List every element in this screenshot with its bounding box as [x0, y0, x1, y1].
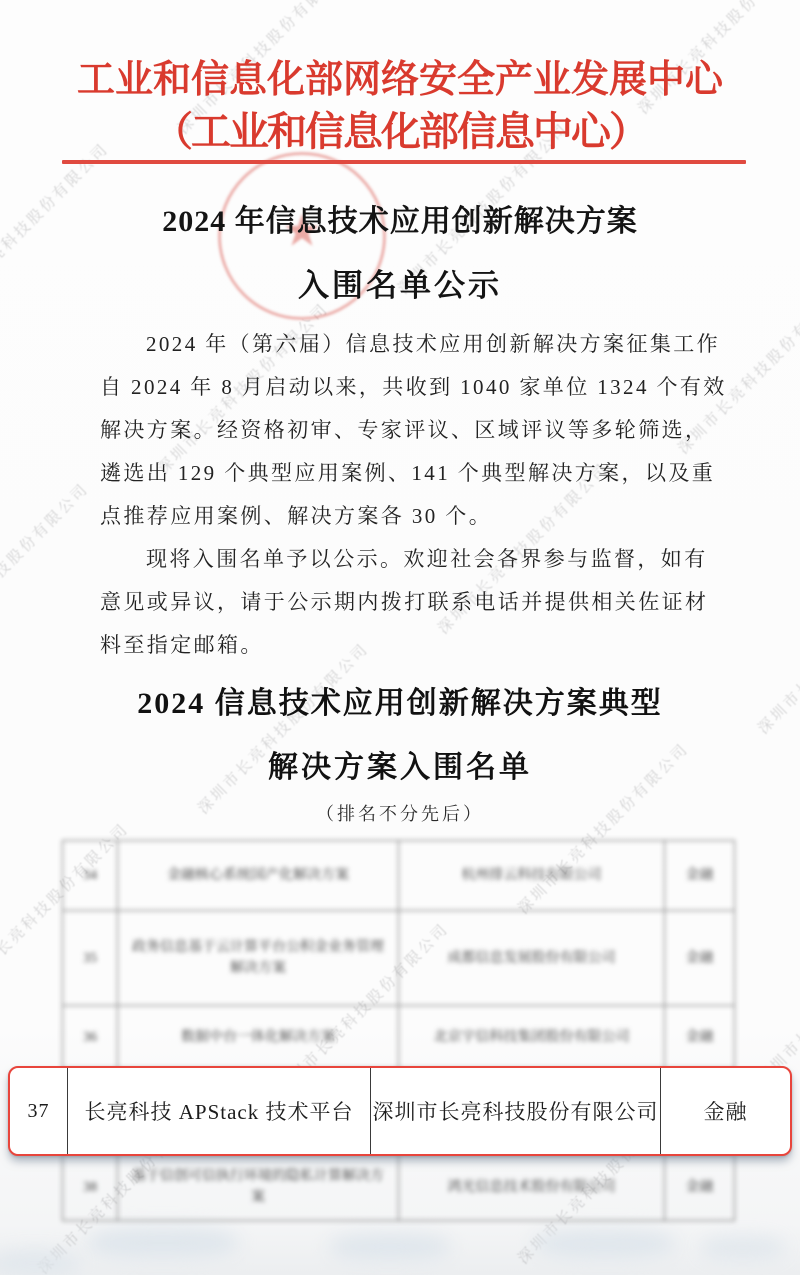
watermark-text: 深圳市长亮科技股份有限公司: [0, 478, 93, 658]
letterhead-line2: （工业和信息化部信息中心）: [0, 100, 800, 157]
highlight-company-name: 深圳市长亮科技股份有限公司: [371, 1068, 661, 1154]
cell-row-number: 35: [63, 911, 118, 1006]
scan-smudge: [88, 1228, 238, 1258]
cell-solution-name: 数据中台一体化解决方案: [118, 1006, 399, 1069]
scan-smudge: [330, 1234, 450, 1260]
paragraph1-line: 2024 年（第六届）信息技术应用创新解决方案征集工作: [100, 323, 744, 366]
scan-smudge: [700, 1236, 785, 1260]
paragraph2-line: 现将入围名单予以公示。欢迎社会各界参与监督，如有: [100, 538, 744, 581]
cell-row-number: 38: [63, 1154, 118, 1221]
letterhead-divider: [62, 160, 746, 164]
section-title-line2: 解决方案入围名单: [0, 742, 800, 786]
cell-solution-name: 金融核心系统国产化解决方案: [118, 841, 399, 911]
highlighted-row-37: 37 长亮科技 APStack 技术平台 深圳市长亮科技股份有限公司 金融: [8, 1066, 792, 1156]
highlight-category: 金融: [661, 1068, 790, 1154]
cell-category: 金融: [665, 1154, 734, 1221]
table-row: 36 数据中台一体化解决方案 北京宇信科技集团股份有限公司 金融: [62, 1006, 735, 1069]
table-row: 38 基于信创可信执行环境的隐私计算解决方案 鸿光信息技术股份有限公司 金融: [62, 1154, 735, 1221]
cell-company-name: 成都信息发展股份有限公司: [399, 911, 665, 1006]
table-row: 35 政务信息基于云计算平台公积金业务管理解决方案 成都信息发展股份有限公司 金…: [62, 911, 735, 1006]
section-title-line1: 2024 信息技术应用创新解决方案典型: [0, 678, 800, 722]
shortlist-table-blurred: 34 金融核心系统国产化解决方案 杭州排云科技有限公司 金融 35 政务信息基于…: [62, 840, 735, 1221]
doc-title-line2: 入围名单公示: [0, 260, 800, 305]
paragraph2-line: 意见或异议，请于公示期内拨打联系电话并提供相关佐证材: [100, 581, 744, 624]
body-paragraphs: 2024 年（第六届）信息技术应用创新解决方案征集工作 自 2024 年 8 月…: [100, 323, 744, 667]
table-row: 34 金融核心系统国产化解决方案 杭州排云科技有限公司 金融: [62, 840, 735, 911]
cell-category: 金融: [665, 1006, 734, 1069]
document-page: 深圳市长亮科技股份有限公司深圳市长亮科技股份有限公司深圳市长亮科技股份有限公司深…: [0, 0, 800, 1275]
paragraph1-line: 解决方案。经资格初审、专家评议、区域评议等多轮筛选，: [100, 409, 744, 452]
cell-company-name: 北京宇信科技集团股份有限公司: [399, 1006, 665, 1069]
cell-row-number: 36: [63, 1006, 118, 1069]
cell-solution-name: 政务信息基于云计算平台公积金业务管理解决方案: [118, 911, 399, 1006]
cell-category: 金融: [665, 841, 734, 911]
scan-smudge: [535, 1230, 675, 1258]
section-note: （排名不分先后）: [0, 800, 800, 826]
letterhead-line1: 工业和信息化部网络安全产业发展中心: [0, 48, 800, 103]
paragraph1-line: 遴选出 129 个典型应用案例、141 个典型解决方案，以及重: [100, 452, 744, 495]
paragraph1-line: 点推荐应用案例、解决方案各 30 个。: [100, 495, 744, 538]
cell-row-number: 34: [63, 841, 118, 911]
paragraph2-line: 料至指定邮箱。: [100, 624, 744, 667]
cell-category: 金融: [665, 911, 734, 1006]
paragraph1-line: 自 2024 年 8 月启动以来，共收到 1040 家单位 1324 个有效: [100, 366, 744, 409]
cell-company-name: 鸿光信息技术股份有限公司: [399, 1154, 665, 1221]
highlight-row-number: 37: [10, 1068, 68, 1154]
doc-title-line1: 2024 年信息技术应用创新解决方案: [0, 196, 800, 240]
cell-solution-name: 基于信创可信执行环境的隐私计算解决方案: [118, 1154, 399, 1221]
watermark-text: 深圳市长亮科技股份有限公司: [753, 908, 800, 1088]
cell-company-name: 杭州排云科技有限公司: [399, 841, 665, 911]
scan-smudge: [0, 1250, 80, 1275]
highlight-solution-name: 长亮科技 APStack 技术平台: [68, 1068, 371, 1154]
